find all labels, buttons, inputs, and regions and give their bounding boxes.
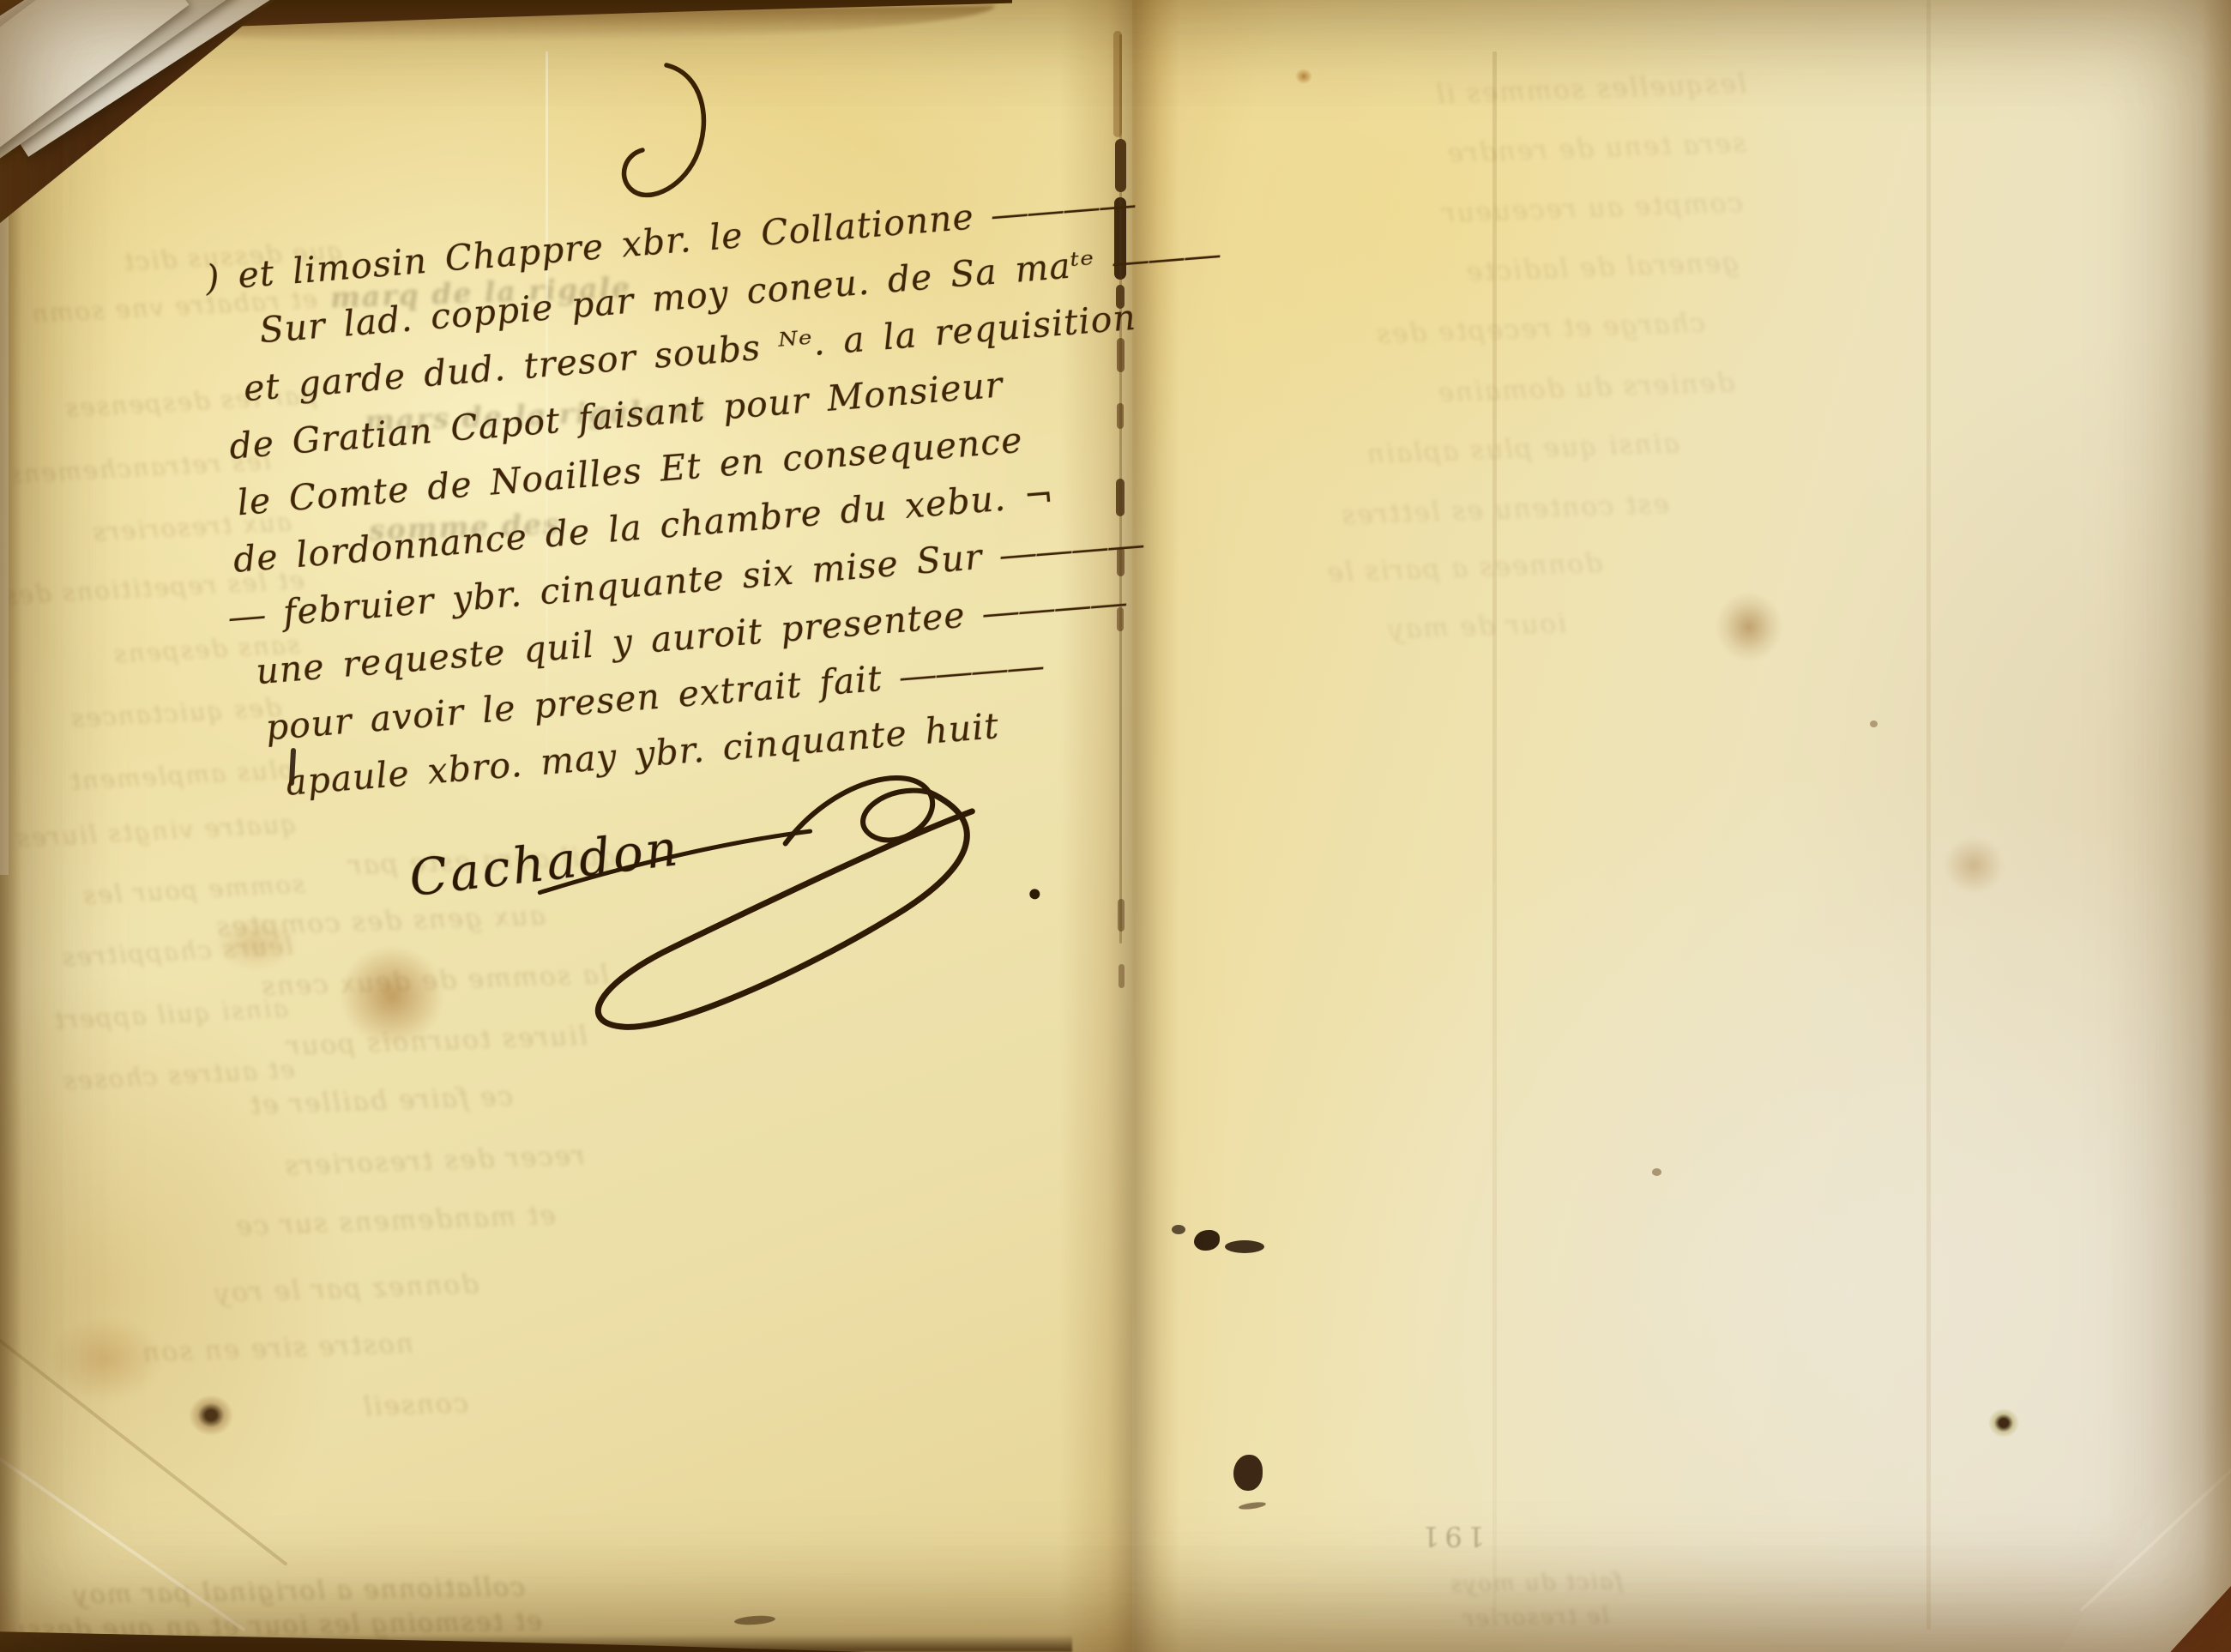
- stain-blotch: [1715, 592, 1782, 662]
- speck: [1652, 1168, 1661, 1176]
- manuscript-photo: que dessus dictet rabatre vne sommepar l…: [0, 0, 2231, 1652]
- paper-spread: que dessus dictet rabatre vne sommepar l…: [0, 0, 2231, 1652]
- stain-dot: [1295, 69, 1312, 84]
- ink-blot: [1194, 1230, 1220, 1251]
- stain-blotch: [1944, 837, 2004, 894]
- calligraphic-stroke-icon: [613, 60, 725, 214]
- crease-light: [0, 1442, 246, 1631]
- crease-shadow: [1492, 51, 1497, 1613]
- ink-dash: [1239, 1501, 1267, 1510]
- manuscript-lines: ) et limosin Chappre xbr. le Collationne…: [200, 172, 1228, 815]
- ink-blot: [1233, 1455, 1263, 1491]
- wormhole: [1988, 1408, 2019, 1438]
- stain-faint: [50, 1317, 161, 1400]
- ink-blot: [1225, 1240, 1264, 1253]
- signature-flourish-icon: [523, 748, 1076, 1064]
- ink-dot-cluster: [189, 1395, 233, 1436]
- speck: [1870, 720, 1878, 727]
- crease-shadow: [1926, 0, 1931, 1630]
- main-text-block: ) et limosin Chappre xbr. le Collationne…: [200, 172, 1250, 1083]
- folio-number-ghost: 191: [1417, 1520, 1485, 1553]
- ink-dash: [734, 1614, 776, 1625]
- ink-blot: [1172, 1225, 1185, 1234]
